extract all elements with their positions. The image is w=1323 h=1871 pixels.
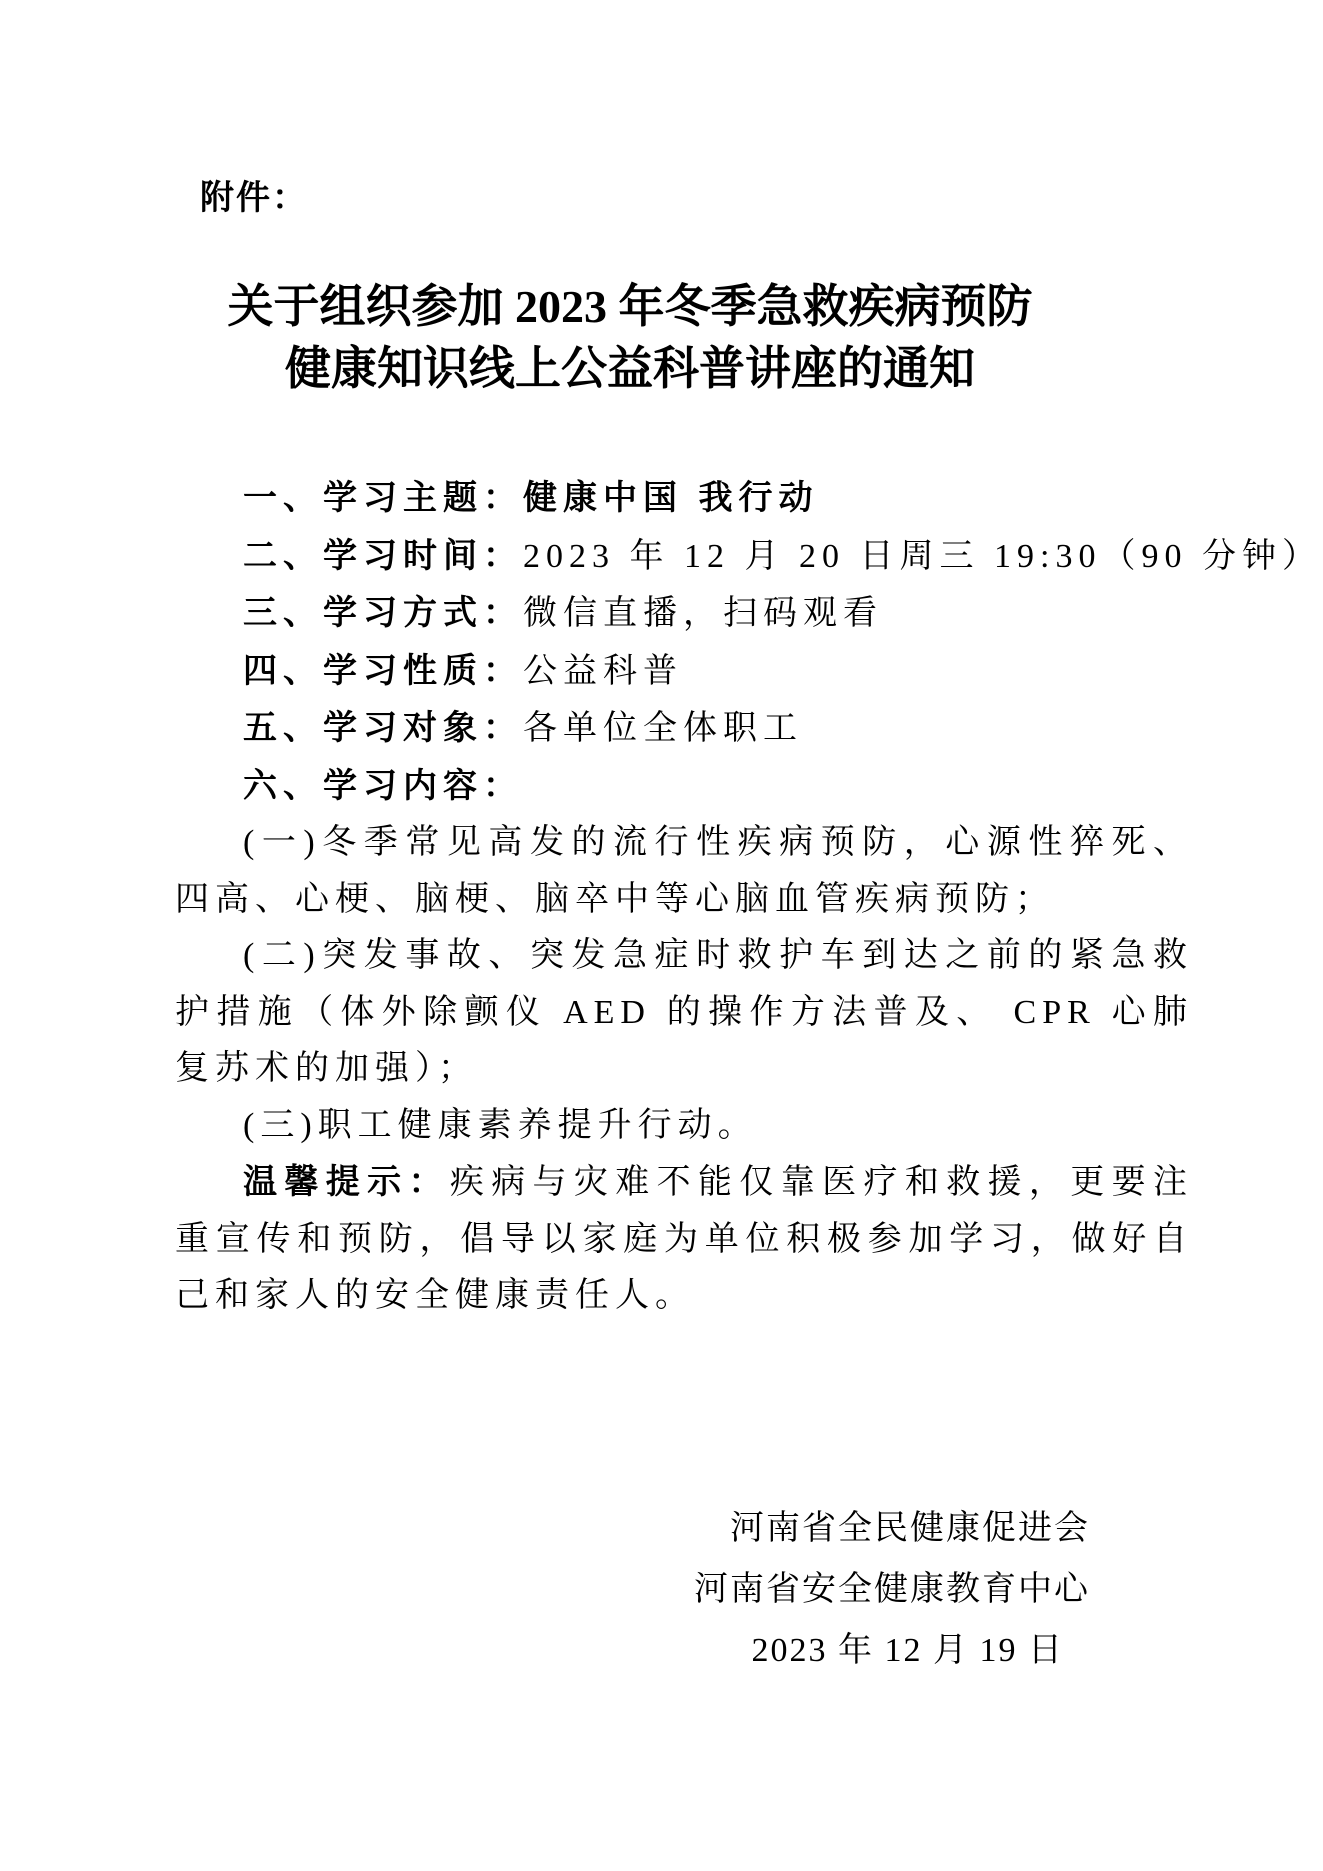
- document-title-line2: 健康知识线上公益科普讲座的通知: [122, 338, 1138, 400]
- signature-date: 2023 年 12 月 19 日: [694, 1620, 1090, 1681]
- signature-org2: 河南省安全健康教育中心: [694, 1559, 1090, 1620]
- content-paragraph-3: (三)职工健康素养提升行动。: [175, 1098, 1193, 1155]
- item-study-method-value: 微信直播，扫码观看: [523, 595, 883, 632]
- item-study-nature: 四、学习性质：公益科普: [175, 643, 1193, 701]
- item-study-topic-label: 一、学习主题：: [243, 479, 523, 517]
- notice-document-page: 附件： 关于组织参加 2023 年冬季急救疾病预防 健康知识线上公益科普讲座的通…: [0, 0, 1323, 1871]
- signature-block: 河南省全民健康促进会 河南省安全健康教育中心 2023 年 12 月 19 日: [694, 1498, 1090, 1681]
- document-body: 一、学习主题：健康中国 我行动 二、学习时间：2023 年 12 月 20 日周…: [175, 470, 1193, 1325]
- item-study-time-value: 2023 年 12 月 20 日周三 19:30（90 分钟）: [523, 538, 1322, 575]
- item-study-audience-label: 五、学习对象：: [243, 709, 523, 747]
- item-study-time: 二、学习时间：2023 年 12 月 20 日周三 19:30（90 分钟）: [175, 528, 1193, 586]
- item-study-audience: 五、学习对象：各单位全体职工: [175, 700, 1193, 758]
- document-title: 关于组织参加 2023 年冬季急救疾病预防 健康知识线上公益科普讲座的通知: [122, 276, 1138, 400]
- item-study-method: 三、学习方式：微信直播，扫码观看: [175, 585, 1193, 643]
- signature-org1: 河南省全民健康促进会: [694, 1498, 1090, 1559]
- item-study-nature-label: 四、学习性质：: [243, 652, 523, 690]
- document-title-line1: 关于组织参加 2023 年冬季急救疾病预防: [122, 276, 1138, 338]
- item-study-topic: 一、学习主题：健康中国 我行动: [175, 470, 1193, 528]
- tip-label: 温馨提示：: [243, 1163, 450, 1201]
- item-study-nature-value: 公益科普: [523, 653, 683, 690]
- item-study-audience-value: 各单位全体职工: [523, 710, 803, 747]
- item-study-content-label: 六、学习内容：: [243, 767, 523, 805]
- tip-paragraph: 温馨提示：疾病与灾难不能仅靠医疗和救援，更要注重宣传和预防，倡导以家庭为单位积极…: [175, 1154, 1193, 1325]
- item-study-time-label: 二、学习时间：: [243, 537, 523, 575]
- item-study-content: 六、学习内容：: [175, 758, 1193, 816]
- item-study-method-label: 三、学习方式：: [243, 594, 523, 632]
- content-paragraph-1: (一)冬季常见高发的流行性疾病预防，心源性猝死、四高、心梗、脑梗、脑卒中等心脑血…: [175, 815, 1193, 928]
- attachment-label: 附件：: [200, 170, 308, 219]
- content-paragraph-2: (二)突发事故、突发急症时救护车到达之前的紧急救护措施（体外除颤仪 AED 的操…: [175, 928, 1193, 1098]
- item-study-topic-value: 健康中国 我行动: [523, 479, 818, 517]
